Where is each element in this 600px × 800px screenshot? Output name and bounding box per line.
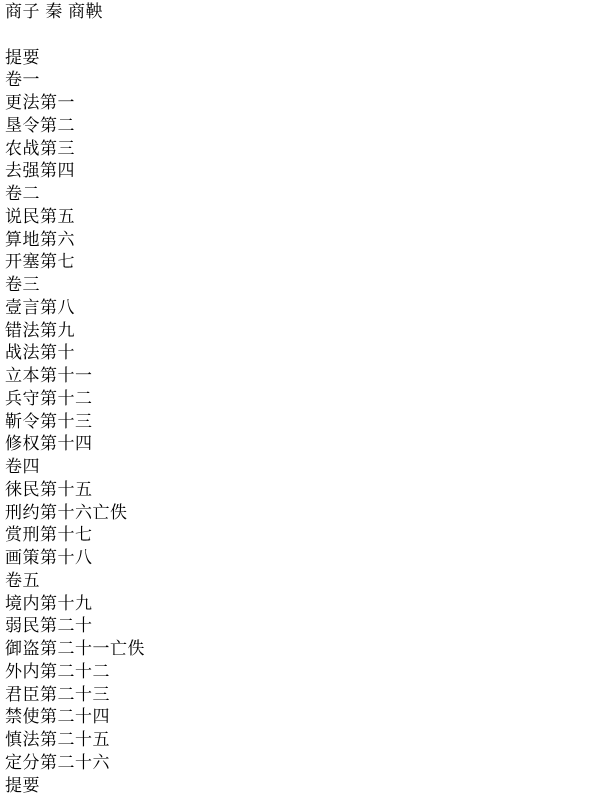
- toc-line: 卷二: [5, 183, 600, 206]
- toc-line: 说民第五: [5, 206, 600, 229]
- toc-line: 卷五: [5, 570, 600, 593]
- toc-line: 卷三: [5, 274, 600, 297]
- toc-line: 开塞第七: [5, 251, 600, 274]
- toc-line: 壹言第八: [5, 297, 600, 320]
- toc-line: 修权第十四: [5, 433, 600, 456]
- toc-line: 卷一: [5, 69, 600, 92]
- toc-line: 立本第十一: [5, 365, 600, 388]
- blank-line: [5, 24, 600, 47]
- toc-line: 战法第十: [5, 342, 600, 365]
- toc-line: 刑约第十六亡佚: [5, 502, 600, 525]
- toc-line: 提要: [5, 775, 600, 798]
- toc-line: 禁使第二十四: [5, 706, 600, 729]
- toc-line: 更法第一: [5, 92, 600, 115]
- toc-line: 君臣第二十三: [5, 684, 600, 707]
- toc-line: 卷四: [5, 456, 600, 479]
- toc-line: 慎法第二十五: [5, 729, 600, 752]
- toc-line: 提要: [5, 47, 600, 70]
- toc-line: 算地第六: [5, 229, 600, 252]
- document-page: 商子 秦 商鞅 提要卷一更法第一垦令第二农战第三去强第四卷二说民第五算地第六开塞…: [0, 0, 600, 797]
- toc-line: 境内第十九: [5, 593, 600, 616]
- toc-line: 徕民第十五: [5, 479, 600, 502]
- toc-line: 靳令第十三: [5, 411, 600, 434]
- toc-line: 定分第二十六: [5, 752, 600, 775]
- toc-line: 外内第二十二: [5, 661, 600, 684]
- toc-line: 错法第九: [5, 320, 600, 343]
- document-header: 商子 秦 商鞅: [5, 1, 600, 24]
- toc-line: 农战第三: [5, 138, 600, 161]
- toc-line: 弱民第二十: [5, 615, 600, 638]
- toc-line: 垦令第二: [5, 115, 600, 138]
- table-of-contents: 提要卷一更法第一垦令第二农战第三去强第四卷二说民第五算地第六开塞第七卷三壹言第八…: [5, 47, 600, 798]
- toc-line: 兵守第十二: [5, 388, 600, 411]
- toc-line: 赏刑第十七: [5, 524, 600, 547]
- toc-line: 御盗第二十一亡佚: [5, 638, 600, 661]
- toc-line: 去强第四: [5, 160, 600, 183]
- toc-line: 画策第十八: [5, 547, 600, 570]
